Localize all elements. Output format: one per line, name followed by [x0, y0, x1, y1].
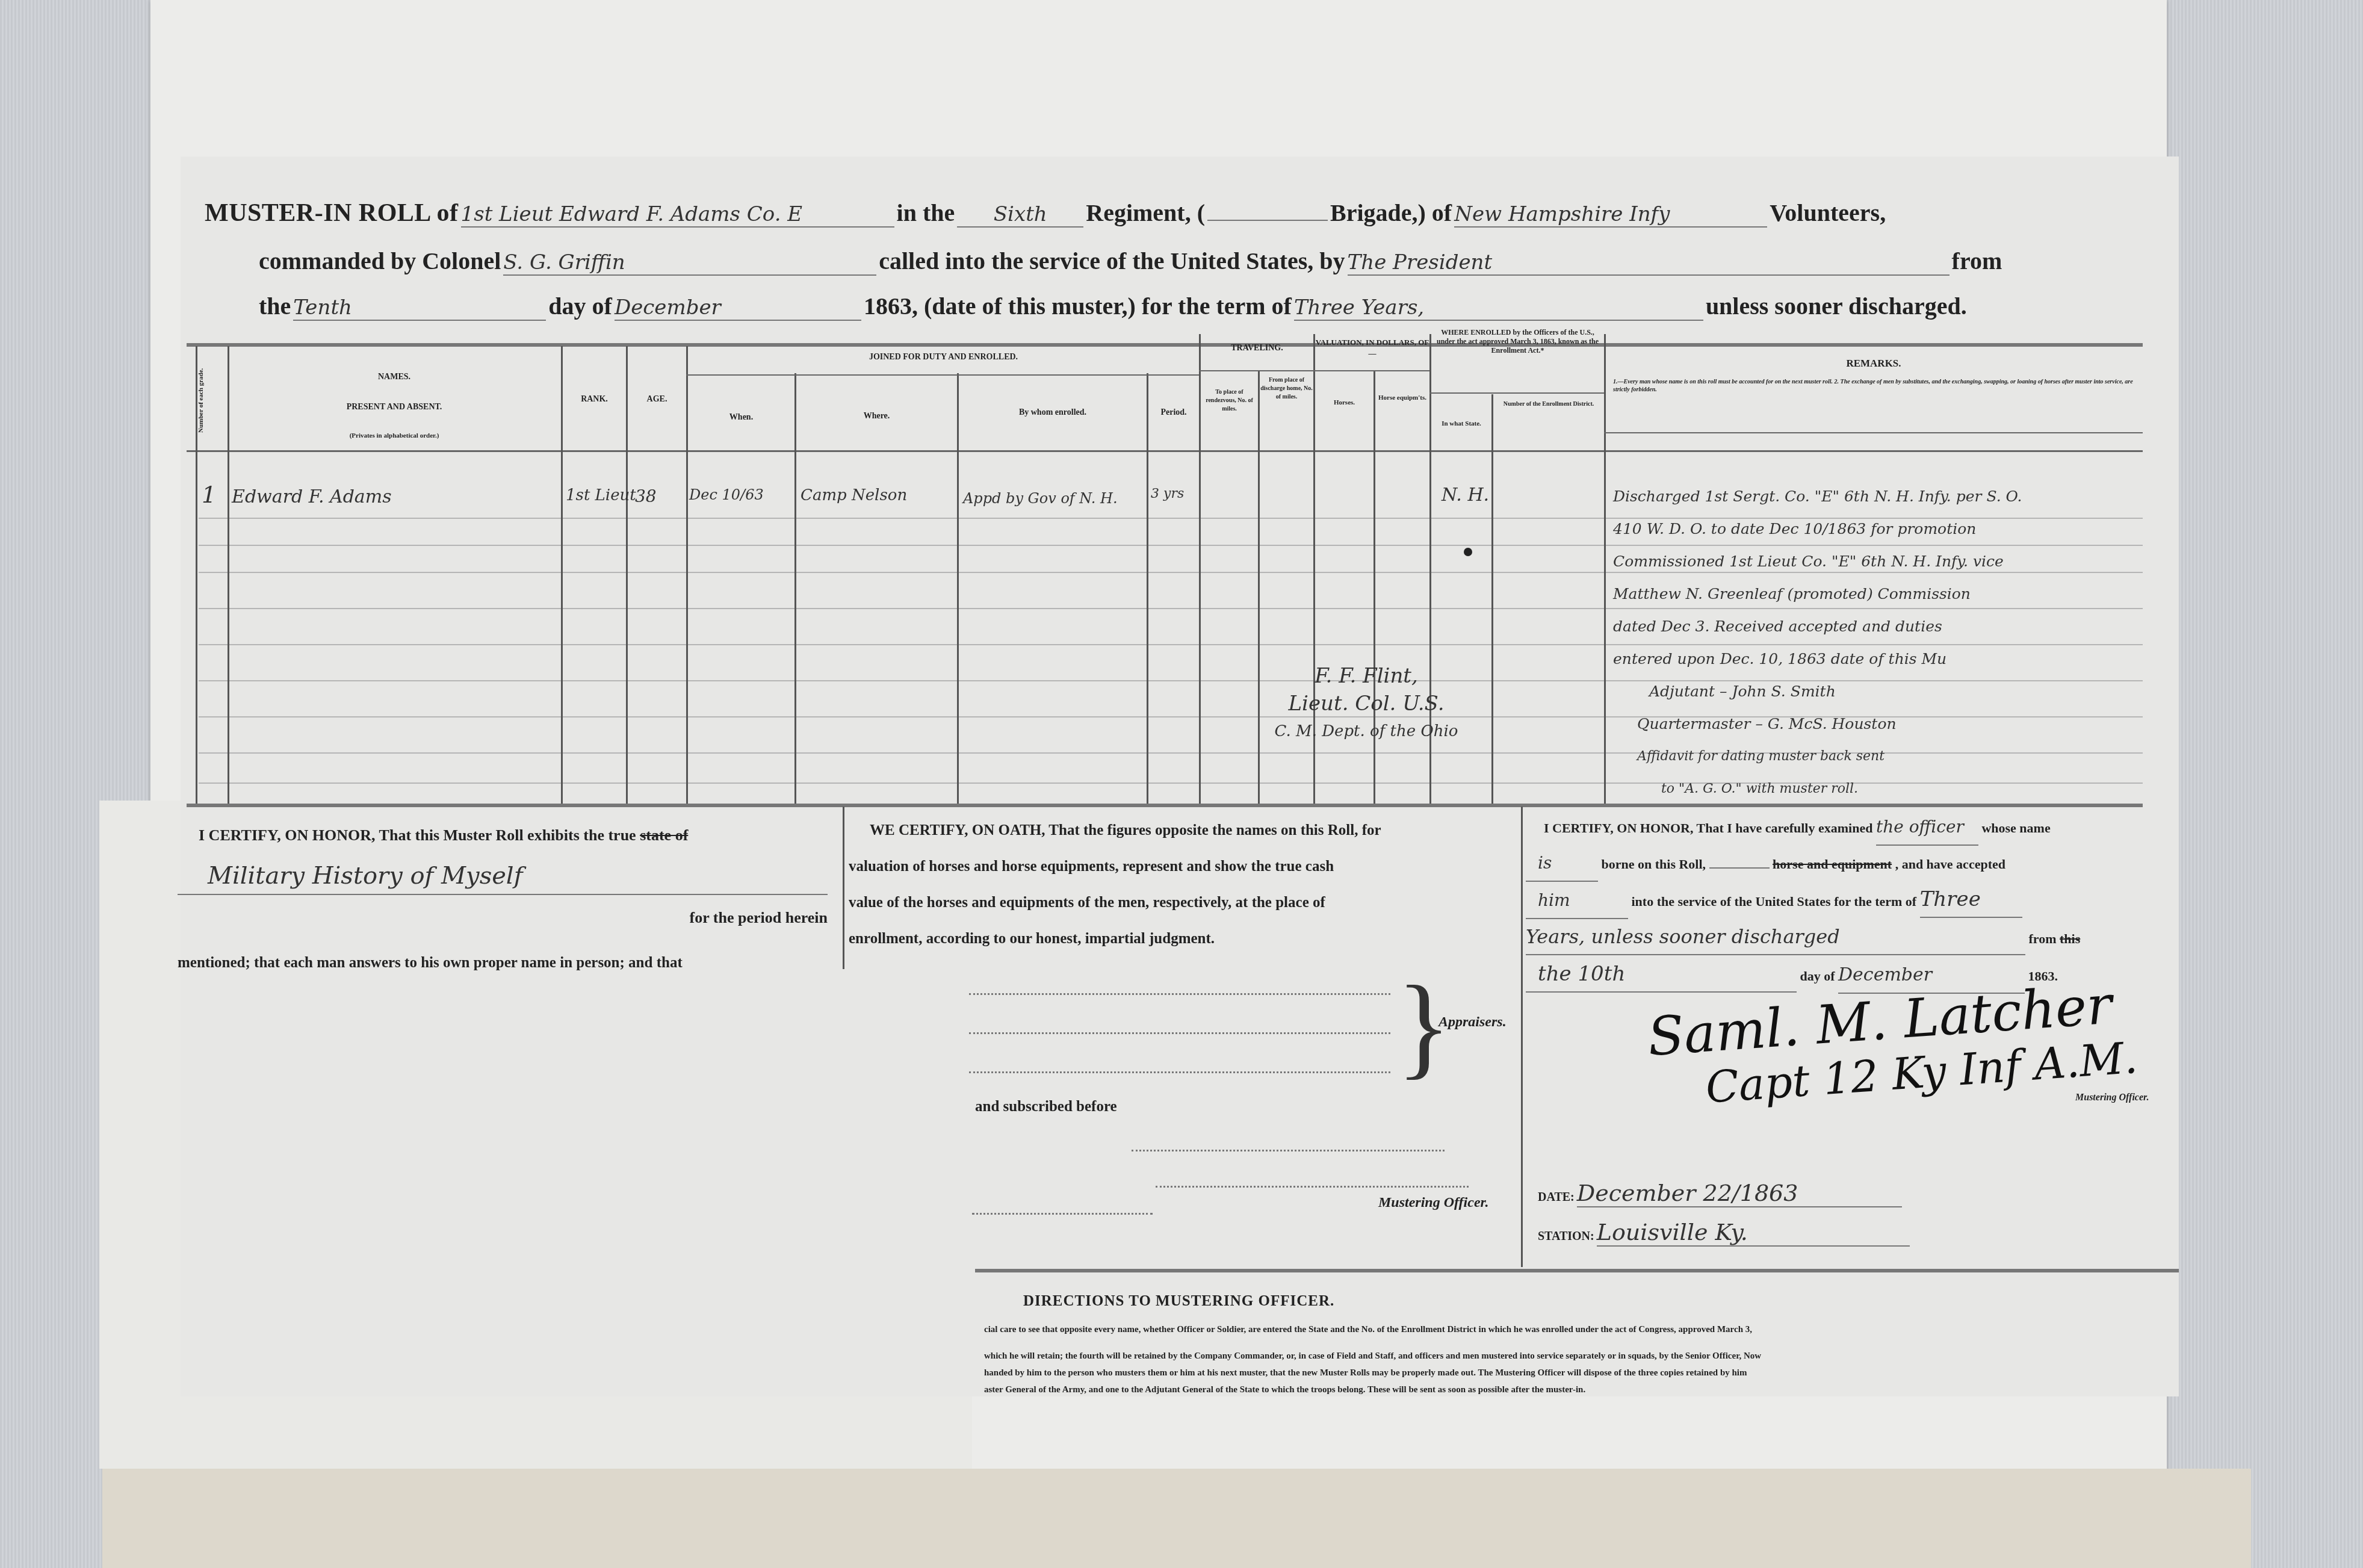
- label: Brigade,) of: [1330, 199, 1452, 226]
- row-number: 1: [202, 482, 216, 508]
- row-name: Edward F. Adams: [232, 486, 392, 507]
- directions-title: DIRECTIONS TO MUSTERING OFFICER.: [1023, 1293, 1334, 1310]
- col-from-place-header: From place of discharge home, No. of mil…: [1260, 376, 1313, 401]
- col-state-header: In what State.: [1431, 418, 1491, 429]
- cert-text: day of: [1800, 968, 1835, 984]
- remarks-line: Quartermaster – G. McS. Houston: [1613, 708, 2143, 740]
- cert-left: I CERTIFY, ON HONOR, That this Muster Ro…: [178, 813, 828, 985]
- col-district-header: Number of the Enrollment District.: [1493, 400, 1604, 408]
- col-divider: [228, 346, 229, 804]
- col-to-place-header: To place of rendezvous, No. of miles.: [1201, 388, 1258, 414]
- ink-dot: [1464, 548, 1472, 556]
- col-rank-header: RANK.: [563, 394, 626, 405]
- examined-field: the officer: [1876, 810, 1978, 846]
- called-by-field: The President: [1348, 250, 1950, 276]
- col-divider: [1147, 373, 1148, 804]
- directions-line: cial care to see that opposite every nam…: [984, 1321, 2188, 1338]
- date-field: December 22/1863: [1577, 1180, 1902, 1207]
- directions-line: handed by him to the person who musters …: [984, 1365, 2188, 1381]
- month-field: December: [615, 296, 861, 321]
- label: unless sooner discharged.: [1706, 293, 1967, 320]
- label: commanded by Colonel: [259, 247, 501, 274]
- col-where-header: Where.: [796, 411, 957, 422]
- cert-text: , and have accepted: [1895, 857, 2005, 872]
- row-age: 38: [635, 486, 657, 506]
- directions-line: aster General of the Army, and one to th…: [984, 1381, 2188, 1398]
- cert-text: WE CERTIFY, ON OATH, That the figures op…: [849, 813, 1505, 849]
- col-period-header: Period.: [1148, 407, 1199, 418]
- label: from: [1952, 247, 2002, 274]
- group-divider: [1429, 392, 1604, 394]
- cert-divider: [843, 807, 844, 969]
- cert-text: whose name: [1981, 820, 2050, 835]
- term-field: Three: [1920, 882, 2022, 918]
- appraiser-signature: F. F. Flint, Lieut. Col. U.S. C. M. Dept…: [1222, 662, 1511, 745]
- subscribed-label: and subscribed before: [975, 1099, 1117, 1115]
- label: the: [259, 293, 291, 320]
- colonel-field: S. G. Griffin: [503, 250, 876, 276]
- appraiser-line-3: [969, 1071, 1390, 1073]
- col-divider: [794, 373, 796, 804]
- is-field: is: [1526, 846, 1598, 882]
- label: called into the service of the United St…: [879, 247, 1345, 274]
- appraiser-line-1: [969, 993, 1390, 995]
- cert-text: from: [2029, 931, 2057, 946]
- group-divider: [1199, 370, 1429, 371]
- appraiser-line-2: [969, 1032, 1390, 1034]
- col-names-sub2: (Privates in alphabetical order.): [229, 430, 560, 441]
- table-top-rule: [187, 343, 2143, 347]
- day-field: the 10th: [1526, 956, 1797, 993]
- directions-line: which he will retain; the fourth will be…: [984, 1348, 2188, 1365]
- table-header-bottom: [187, 450, 2143, 452]
- station-label: STATION:: [1538, 1230, 1594, 1243]
- struck-text: state of: [640, 826, 688, 844]
- col-remarks-header: REMARKS.: [1606, 358, 2142, 369]
- regiment-field: Sixth: [957, 202, 1083, 228]
- signature-line: Lieut. Col. U.S.: [1222, 690, 1511, 717]
- cert-text: valuation of horses and horse equipments…: [849, 849, 1505, 885]
- col-horses-header: Horses.: [1315, 397, 1374, 408]
- cert-text: mentioned; that each man answers to his …: [178, 940, 828, 985]
- day-field: Tenth: [293, 296, 546, 321]
- date-row: DATE: December 22/1863: [1538, 1180, 1902, 1207]
- remarks-line: dated Dec 3. Received accepted and dutie…: [1613, 610, 2143, 643]
- muster-of-field: 1st Lieut Edward F. Adams Co. E: [461, 202, 894, 228]
- remarks-line: Commissioned 1st Lieut Co. "E" 6th N. H.…: [1613, 545, 2143, 578]
- col-divider: [561, 346, 563, 804]
- header-line-2: commanded by Colonel S. G. Griffin calle…: [259, 247, 2002, 276]
- label: day of: [548, 293, 612, 320]
- subscribed-line-2: [1156, 1186, 1469, 1188]
- mustering-officer-label: Mustering Officer.: [2075, 1092, 2149, 1103]
- col-divider: [957, 373, 959, 804]
- him-field: him: [1526, 883, 1628, 919]
- row-where: Camp Nelson: [801, 486, 907, 504]
- header-line-1: MUSTER-IN ROLL of 1st Lieut Edward F. Ad…: [205, 199, 1886, 228]
- col-by-whom-header: By whom enrolled.: [959, 407, 1147, 418]
- cert-text: for the period herein: [178, 895, 828, 940]
- label: 1863, (date of this muster,) for the ter…: [864, 293, 1292, 320]
- term-field: Three Years,: [1294, 296, 1703, 321]
- group-divider: [1604, 432, 2143, 433]
- label: in the: [897, 199, 955, 226]
- col-joined-header: JOINED FOR DUTY AND ENROLLED.: [688, 352, 1199, 363]
- blank-line: [972, 1213, 1153, 1215]
- directions-rule: [975, 1269, 2179, 1272]
- row-when: Dec 10/63: [689, 486, 764, 503]
- group-divider: [686, 374, 1199, 376]
- row-by-whom: Appd by Gov of N. H.: [963, 486, 1144, 510]
- label: Volunteers,: [1770, 199, 1886, 226]
- term-field-2: Years, unless sooner discharged: [1526, 919, 2025, 955]
- label: Regiment, (: [1086, 199, 1205, 226]
- col-names-sub1: PRESENT AND ABSENT.: [229, 402, 560, 413]
- brigade-field: [1207, 220, 1328, 221]
- col-traveling-header: TRAVELING.: [1201, 343, 1313, 354]
- signature-line: F. F. Flint,: [1222, 662, 1511, 690]
- mustering-officer-label: Mustering Officer.: [1378, 1195, 1489, 1211]
- struck-text: this: [2060, 931, 2080, 946]
- remarks-line: to "A. G. O." with muster roll.: [1613, 773, 2143, 805]
- cert-text: I CERTIFY, ON HONOR, That this Muster Ro…: [199, 826, 636, 844]
- cert-text: borne on this Roll,: [1602, 857, 1706, 872]
- remarks-note: 1.—Every man whose name is on this roll …: [1613, 378, 2137, 394]
- row-remarks: Discharged 1st Sergt. Co. "E" 6th N. H. …: [1613, 480, 2143, 805]
- col-names-header: NAMES.: [229, 372, 560, 383]
- struck-text: horse and equipment: [1773, 857, 1892, 872]
- title: MUSTER-IN ROLL of: [205, 199, 459, 227]
- signature-line: C. M. Dept. of the Ohio: [1222, 717, 1511, 745]
- state-field: New Hampshire Infy: [1454, 202, 1767, 228]
- col-number-header: Number of each grade.: [196, 355, 228, 445]
- cert-text: into the service of the United States fo…: [1632, 894, 1917, 909]
- col-horse-equip-header: Horse equipm'ts.: [1375, 392, 1429, 403]
- appraisers-label: Appraisers.: [1439, 1014, 1507, 1030]
- remarks-line: Matthew N. Greenleaf (promoted) Commissi…: [1613, 578, 2143, 610]
- cert-left-handwritten: Military History of Myself: [178, 858, 828, 895]
- col-age-header: AGE.: [628, 394, 686, 405]
- col-divider: [1604, 334, 1606, 804]
- cert-text: enrollment, according to our honest, imp…: [849, 921, 1505, 957]
- row-rank: 1st Lieut: [566, 486, 636, 504]
- remarks-line: Discharged 1st Sergt. Co. "E" 6th N. H. …: [1613, 480, 2143, 513]
- col-divider: [626, 346, 628, 804]
- station-field: Louisville Ky.: [1597, 1219, 1910, 1247]
- col-when-header: When.: [688, 412, 794, 423]
- row-state: N. H.: [1442, 485, 1489, 506]
- header-line-3: the Tenth day of December 1863, (date of…: [259, 292, 1967, 321]
- remarks-line: Affidavit for dating muster back sent: [1613, 740, 2143, 773]
- date-label: DATE:: [1538, 1191, 1575, 1204]
- cert-divider: [1521, 807, 1523, 1267]
- cert-middle: WE CERTIFY, ON OATH, That the figures op…: [849, 813, 1505, 957]
- cert-text: value of the horses and equipments of th…: [849, 885, 1505, 921]
- station-row: STATION: Louisville Ky.: [1538, 1219, 1910, 1247]
- cert-right: I CERTIFY, ON HONOR, That I have careful…: [1526, 810, 2200, 994]
- col-where-enrolled-header: WHERE ENROLLED by the Officers of the U.…: [1431, 328, 1604, 355]
- remarks-line: Adjutant – John S. Smith: [1613, 675, 2143, 708]
- remarks-line: 410 W. D. O. to date Dec 10/1863 for pro…: [1613, 513, 2143, 545]
- subscribed-line-1: [1132, 1150, 1445, 1151]
- col-valuation-header: VALUATION, IN DOLLARS, OF—: [1315, 337, 1429, 359]
- cert-text: I CERTIFY, ON HONOR, That I have careful…: [1544, 820, 1872, 835]
- row-period: 3 yrs: [1151, 486, 1184, 501]
- remarks-line: entered upon Dec. 10, 1863 date of this …: [1613, 643, 2143, 675]
- directions-text: cial care to see that opposite every nam…: [984, 1321, 2188, 1398]
- paper-bottom-edge: [102, 1469, 2251, 1568]
